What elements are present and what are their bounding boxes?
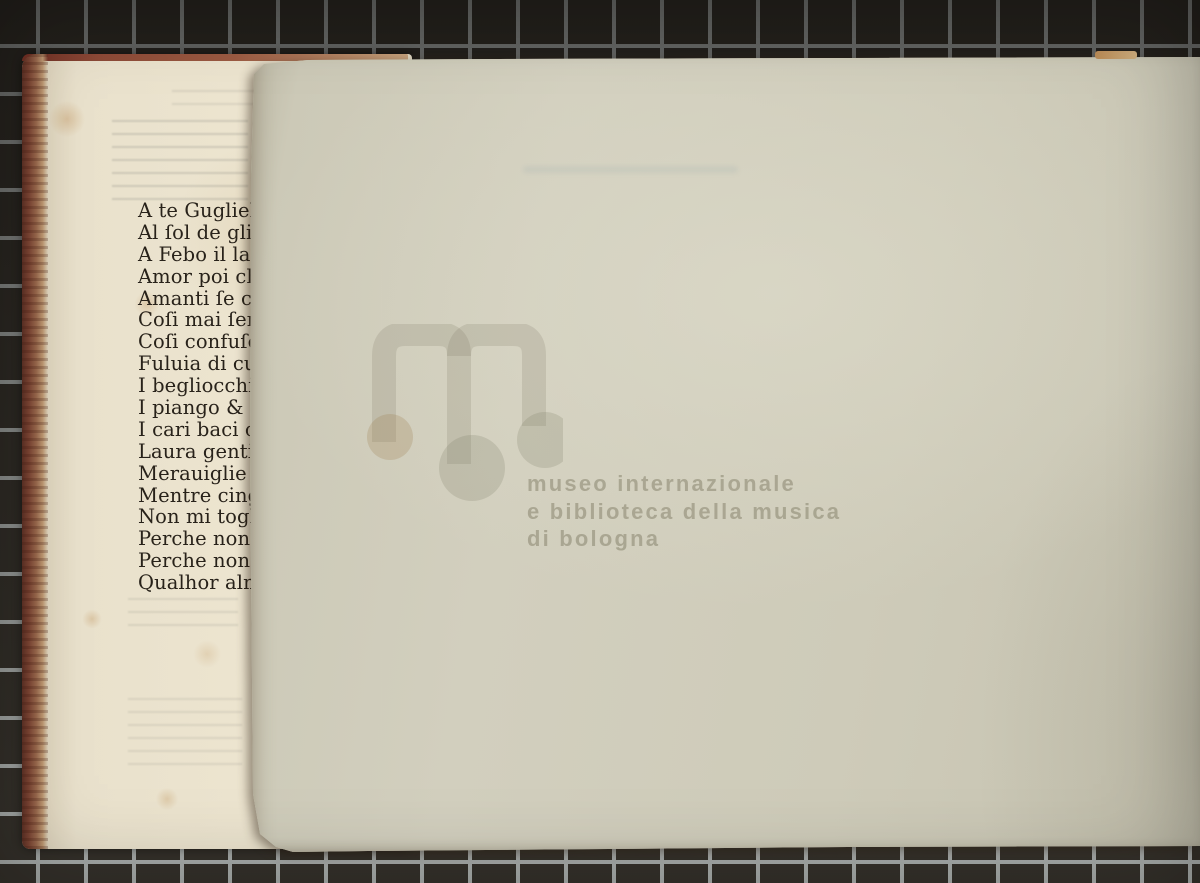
blank-overlay-page: museo internazionale e biblioteca della … bbox=[248, 54, 1200, 853]
faint-smudge bbox=[523, 166, 738, 173]
show-through-text-block bbox=[128, 698, 242, 768]
photo-stage: A te Guglielm Al ſol de glio A Febo il l… bbox=[0, 0, 1200, 883]
book-binding-edge bbox=[22, 54, 48, 849]
watermark-line: e biblioteca della musica bbox=[527, 498, 841, 526]
watermark-line: di bologna bbox=[527, 525, 841, 553]
overlay-page-wrap: museo internazionale e biblioteca della … bbox=[248, 54, 1200, 853]
show-through-text-block bbox=[112, 120, 248, 202]
watermark-line: museo internazionale bbox=[527, 470, 841, 498]
show-through-text-block bbox=[128, 598, 238, 634]
watermark-text: museo internazionale e biblioteca della … bbox=[527, 470, 841, 553]
page-corner-peek bbox=[1095, 51, 1137, 59]
